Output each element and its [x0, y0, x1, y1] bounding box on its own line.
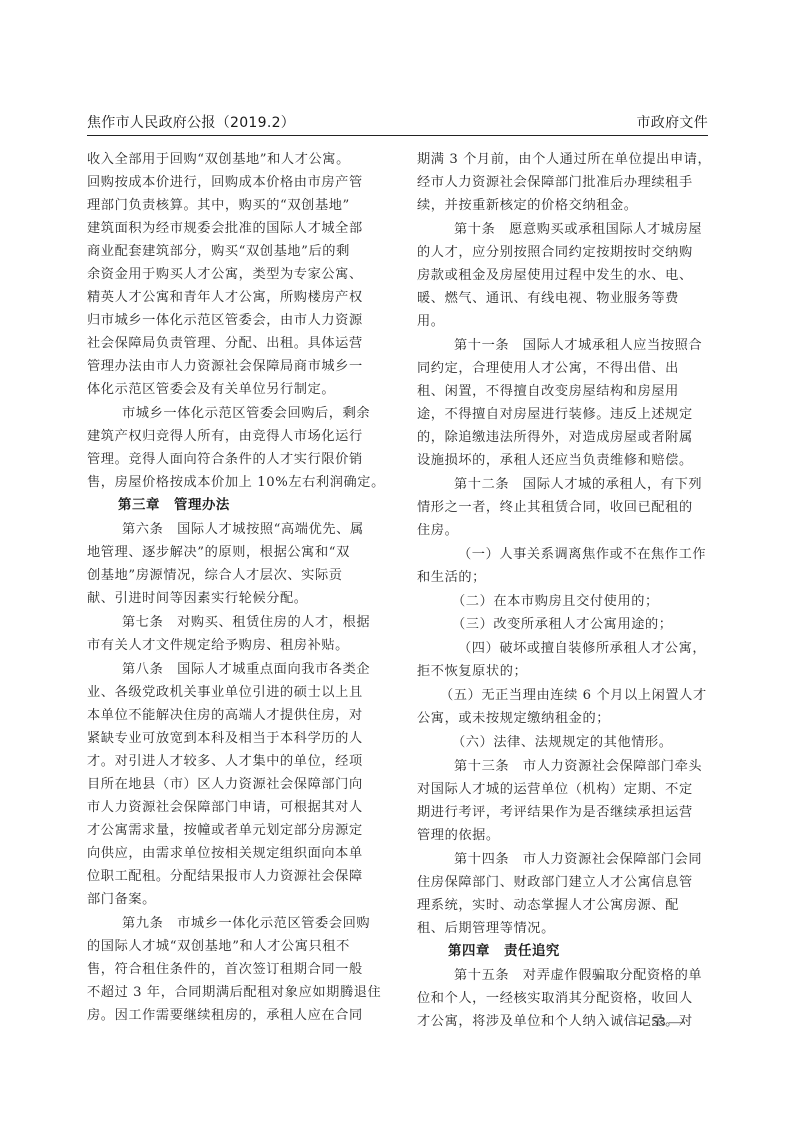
text-line: 才公寓需求量，按幢或者单元划定部分房源定 [87, 821, 363, 841]
text-line: 建筑产权归竞得人所有，由竞得人市场化运行 [87, 427, 363, 447]
text-line: 本单位不能解决住房的高端人才提供住房，对 [87, 706, 363, 726]
text-line: 第十一条 国际人才城承租人应当按照合 [454, 336, 702, 356]
text-line: （六）法律、法规规定的其他情形。 [452, 733, 673, 753]
text-line: 同约定，合理使用人才公寓，不得出借、出 [417, 359, 679, 379]
text-line: （三）改变所承租人才公寓用途的； [452, 615, 673, 635]
text-line: 经市人力资源社会保障部门批准后办理续租手 [417, 173, 693, 193]
text-line: 第十三条 市人力资源社会保障部门牵头 [454, 757, 702, 777]
text-line: 位职工配租。分配结果报市人力资源社会保障 [87, 867, 363, 887]
text-line: 售，房屋价格按成本价加上 10%左右利润确定。 [87, 473, 385, 493]
text-line: 第七条 对购买、租赁住房的人才，根据 [122, 613, 370, 633]
text-line: 第六条 国际人才城按照“高端优先、属 [122, 520, 364, 540]
publication-title: 焦作市人民政府公报（2019.2） [87, 112, 295, 134]
text-line: 紧缺专业可放宽到本科及相当于本科学历的人 [87, 729, 363, 749]
text-line: 暖、燃气、通讯、有线电视、物业服务等费 [417, 289, 679, 309]
text-line: 期进行考评，考评结果作为是否继续承担运营 [417, 803, 693, 823]
text-line: 市人力资源社会保障部门申请，可根据其对人 [87, 798, 363, 818]
text-line: （四）破坏或擅自装修所承租人才公寓， [458, 639, 706, 659]
text-line: 管理。竞得人面向符合条件的人才实行限价销 [87, 450, 363, 470]
text-line: 市城乡一体化示范区管委会回购后，剩余 [122, 404, 370, 424]
text-line: 途，不得擅自对房屋进行装修。违反上述规定 [417, 405, 693, 425]
text-line: 创基地”房源情况，综合人才层次、实际贡 [87, 566, 343, 586]
text-line: 第十五条 对弄虚作假骗取分配资格的单 [454, 966, 702, 986]
section-title: 市政府文件 [637, 112, 709, 134]
text-line: 和生活的； [417, 568, 486, 588]
text-line: 才。对引进人才较多、人才集中的单位，经项 [87, 752, 363, 772]
text-line: 位和个人，一经核实取消其分配资格，收回人 [417, 989, 693, 1009]
text-line: 用。 [417, 312, 445, 332]
text-line: （一）人事关系调离焦作或不在焦作工作 [458, 545, 706, 565]
text-line: 业、各级党政机关事业单位引进的硕士以上且 [87, 683, 363, 703]
text-line: 地管理、逐步解决”的原则，根据公寓和“双 [87, 543, 350, 563]
text-line: 管理办法由市人力资源社会保障局商市城乡一 [87, 357, 363, 377]
text-line: 理部门负责核算。其中，购买的“双创基地” [87, 196, 350, 216]
text-line: 目所在地县（市）区人力资源社会保障部门向 [87, 775, 363, 795]
text-line: 房款或租金及房屋使用过程中发生的水、电、 [417, 266, 693, 286]
text-line: 第十条 愿意购买或承租国际人才城房屋 [454, 220, 702, 240]
text-line: 第十四条 市人力资源社会保障部门会同 [454, 850, 702, 870]
text-line: 献、引进时间等因素实行轮候分配。 [87, 589, 308, 609]
text-line: 理系统，实时、动态掌握人才公寓房源、配 [417, 896, 679, 916]
text-line: 社会保障局负责管理、分配、出租。具体运营 [87, 334, 363, 354]
text-line: 的，除追缴违法所得外，对造成房屋或者附属 [417, 428, 693, 448]
text-line: 住房保障部门、财政部门建立人才公寓信息管 [417, 873, 693, 893]
text-line: 归市城乡一体化示范区管委会，由市人力资源 [87, 311, 363, 331]
text-line: 精英人才公寓和青年人才公寓，所购楼房产权 [87, 288, 363, 308]
text-line: 续，并按重新核定的价格交纳租金。 [417, 196, 638, 216]
text-line: 住房。 [417, 521, 458, 541]
chapter-heading: 第四章 责任追究 [448, 942, 560, 962]
text-line: 市有关人才文件规定给予购房、租房补贴。 [87, 636, 349, 656]
text-line: 不超过 3 年，合同期满后配租对象应如期腾退住 [87, 983, 381, 1003]
page-number: — 53 — [634, 1015, 683, 1031]
text-line: 租、后期管理等情况。 [417, 919, 555, 939]
text-line: 第八条 国际人才城重点面向我市各类企 [122, 660, 370, 680]
text-line: 期满 3 个月前，由个人通过所在单位提出申请， [417, 150, 711, 170]
text-line: 公寓，或未按规定缴纳租金的； [417, 709, 610, 729]
text-line: 体化示范区管委会及有关单位另行制定。 [87, 380, 335, 400]
text-line: 第九条 市城乡一体化示范区管委会回购 [122, 914, 370, 934]
chapter-heading: 第三章 管理办法 [118, 496, 230, 516]
header-rule [87, 135, 708, 136]
text-line: 情形之一者，终止其租赁合同，收回已配租的 [417, 498, 693, 518]
text-line: 部门备案。 [87, 890, 156, 910]
text-line: 售，符合租住条件的，首次签订租期合同一般 [87, 960, 363, 980]
text-line: 的国际人才城“双创基地”和人才公寓只租不 [87, 937, 350, 957]
text-line: 收入全部用于回购“双创基地”和人才公寓。 [87, 150, 350, 170]
text-line: 房。因工作需要继续租房的，承租人应在合同 [87, 1006, 363, 1026]
text-line: 商业配套建筑部分，购买“双创基地”后的剩 [87, 242, 350, 262]
text-line: 建筑面积为经市规委会批准的国际人才城全部 [87, 219, 363, 239]
text-line: 回购按成本价进行，回购成本价格由市房产管 [87, 173, 363, 193]
text-line: 第十二条 国际人才城的承租人，有下列 [454, 475, 702, 495]
text-line: 拒不恢复原状的； [417, 662, 527, 682]
text-line: 租、闲置，不得擅自改变房屋结构和房屋用 [417, 382, 679, 402]
text-line: 余资金用于购买人才公寓，类型为专家公寓、 [87, 265, 363, 285]
text-line: （五）无正当理由连续 6 个月以上闲置人才 [440, 686, 707, 706]
text-line: 设施损坏的，承租人还应当负责维修和赔偿。 [417, 451, 693, 471]
text-line: （二）在本市购房且交付使用的； [452, 592, 659, 612]
text-line: 向供应，由需求单位按相关规定组织面向本单 [87, 844, 363, 864]
running-header: 焦作市人民政府公报（2019.2） 市政府文件 [87, 112, 708, 134]
text-line: 的人才，应分别按照合同约定按期按时交纳购 [417, 243, 693, 263]
text-line: 对国际人才城的运营单位（机构）定期、不定 [417, 780, 693, 800]
text-line: 管理的依据。 [417, 826, 500, 846]
